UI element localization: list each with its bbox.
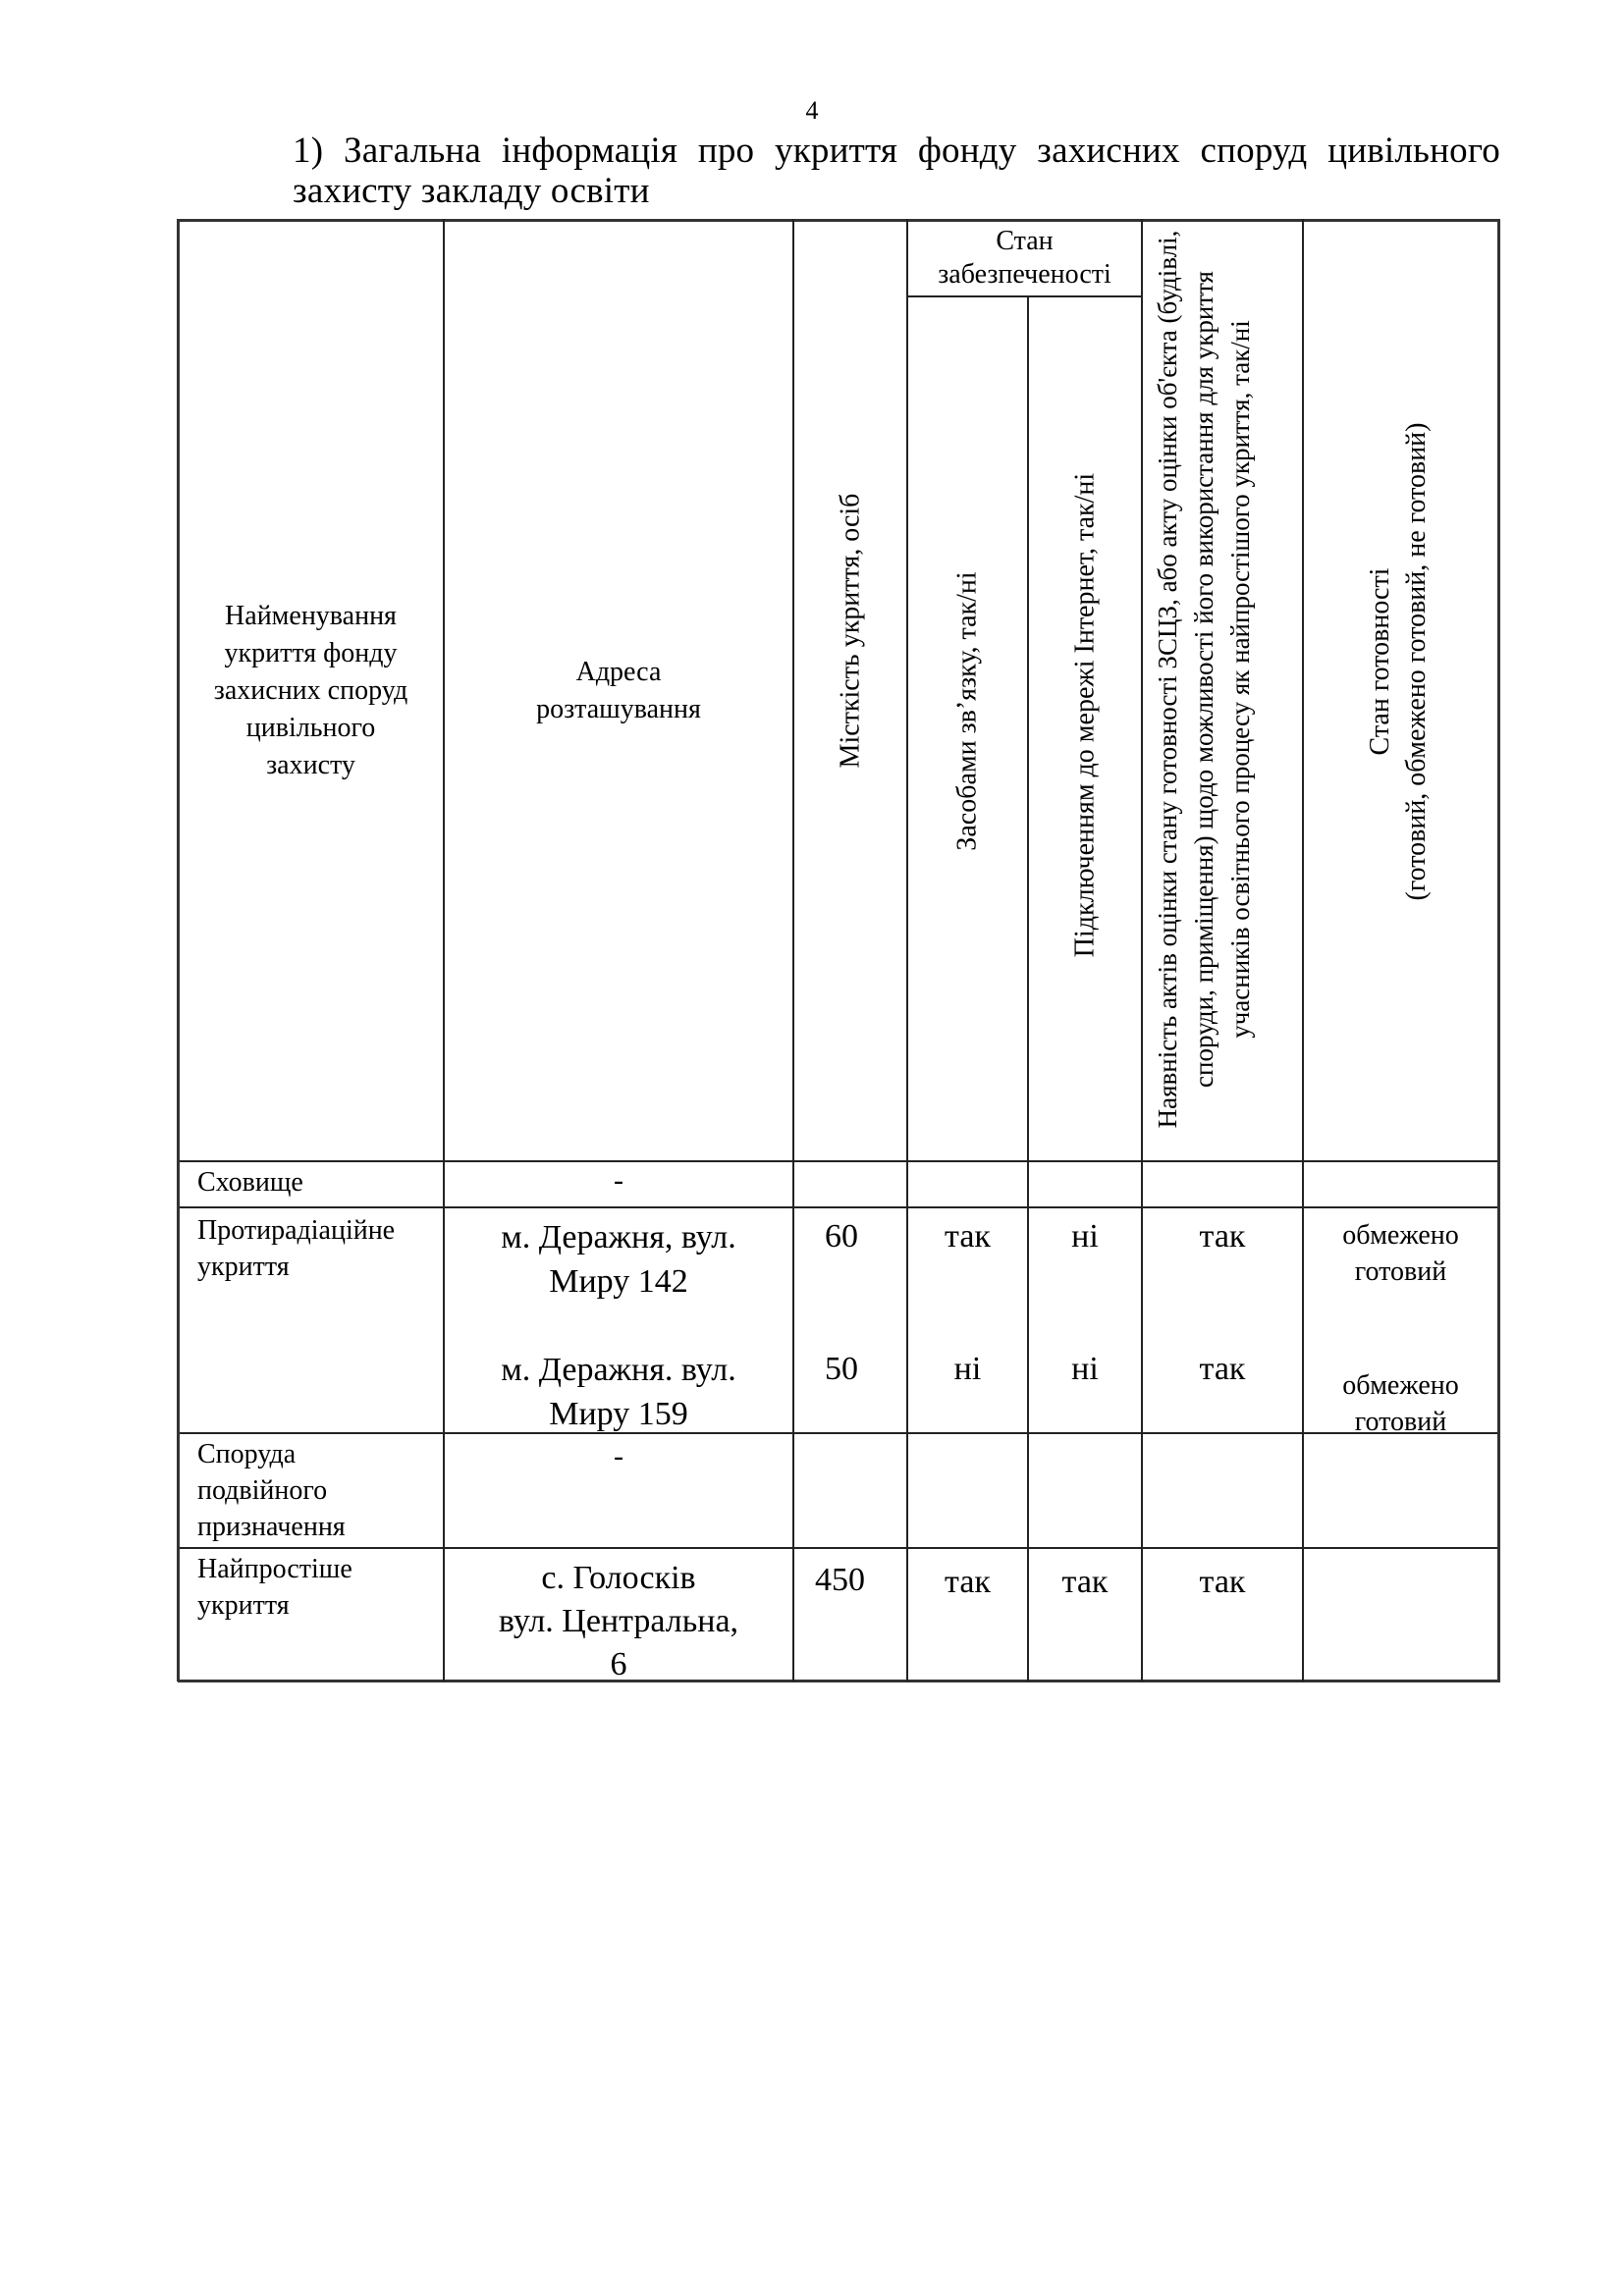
row-type-storage: Сховище [178, 1162, 444, 1207]
header-name-text: Найменування укриття фонду захисних спор… [213, 598, 409, 784]
address-line: Миру 142 [444, 1259, 793, 1304]
row-type-line: Споруда [197, 1436, 444, 1472]
header-assessment-acts: Наявність актів оцінки стану готовності … [1142, 220, 1303, 1161]
address-cell: м. Деражня, вул. Миру 142 [444, 1215, 793, 1304]
row-type-line: призначення [197, 1509, 444, 1545]
address-line: м. Деражня, вул. [444, 1215, 793, 1259]
row-type-simplest-shelter: Найпростіше укриття [178, 1549, 444, 1681]
address-cell: м. Деражня. вул. Миру 159 [444, 1348, 793, 1436]
header-provision-group: Стан забезпеченості [907, 220, 1142, 296]
header-readiness-line1: Стан готовності [1362, 269, 1398, 1054]
assessment-acts-cell: так [1142, 1217, 1303, 1256]
communication-cell: так [907, 1563, 1028, 1602]
capacity-cell: 60 [793, 1217, 907, 1256]
header-address: Адреса розташування [444, 220, 793, 1161]
header-internet: Підключенням до мережі Інтернет, так/ні [1028, 296, 1142, 1161]
header-name: Найменування укриття фонду захисних спор… [178, 220, 444, 1161]
address-line: вул. Центральна, [444, 1600, 793, 1643]
assessment-acts-cell: так [1142, 1350, 1303, 1389]
address-line: м. Деражня. вул. [444, 1348, 793, 1392]
header-assessment-acts-text: Наявність актів оцінки стану готовності … [1142, 223, 1303, 1136]
internet-cell: ні [1028, 1217, 1142, 1256]
row-type-anti-radiation: Протирадіаційне укриття [178, 1208, 444, 1433]
readiness-cell: обмежено готовий [1303, 1217, 1498, 1290]
internet-cell: ні [1028, 1350, 1142, 1389]
address-cell: с. Голосків вул. Центральна, 6 [444, 1557, 793, 1686]
readiness-line: обмежено [1303, 1367, 1498, 1404]
address-cell: - [444, 1162, 793, 1207]
section-title: 1) Загальна інформація про укриття фонду… [293, 131, 1500, 211]
header-readiness-text: Стан готовності (готовий, обмежено готов… [1362, 269, 1440, 1054]
row-type-line: укриття [197, 1587, 444, 1624]
address-line: Миру 159 [444, 1392, 793, 1436]
address-line: 6 [444, 1643, 793, 1686]
header-provision-group-text: Стан забезпеченості [912, 225, 1138, 292]
header-readiness: Стан готовності (готовий, обмежено готов… [1303, 220, 1498, 1161]
capacity-cell: 50 [793, 1350, 907, 1389]
header-capacity: Місткість укриття, осіб [793, 220, 907, 1161]
row-type-line: Найпростіше [197, 1551, 444, 1587]
row-type-line: подвійного [197, 1472, 444, 1509]
page-number: 4 [0, 96, 1624, 126]
header-communication-text: Засобами зв’язку, так/ні [949, 368, 986, 1055]
communication-cell: так [907, 1217, 1028, 1256]
header-readiness-line2: (готовий, обмежено готовий, не готовий) [1398, 269, 1435, 1054]
header-communication: Засобами зв’язку, так/ні [907, 296, 1028, 1161]
row-type-dual-purpose: Споруда подвійного призначення [178, 1434, 444, 1548]
readiness-line: готовий [1303, 1254, 1498, 1290]
header-address-text: Адреса розташування [520, 654, 717, 728]
internet-cell: так [1028, 1563, 1142, 1602]
assessment-acts-cell: так [1142, 1563, 1303, 1602]
readiness-cell: обмежено готовий [1303, 1367, 1498, 1440]
address-line: с. Голосків [444, 1557, 793, 1600]
capacity-cell: 450 [793, 1561, 907, 1600]
header-internet-text: Підключенням до мережі Інтернет, так/ні [1067, 323, 1104, 1108]
header-capacity-text: Місткість укриття, осіб [833, 288, 869, 975]
address-cell: - [444, 1438, 793, 1474]
readiness-line: обмежено [1303, 1217, 1498, 1254]
communication-cell: ні [907, 1350, 1028, 1389]
readiness-line: готовий [1303, 1404, 1498, 1440]
